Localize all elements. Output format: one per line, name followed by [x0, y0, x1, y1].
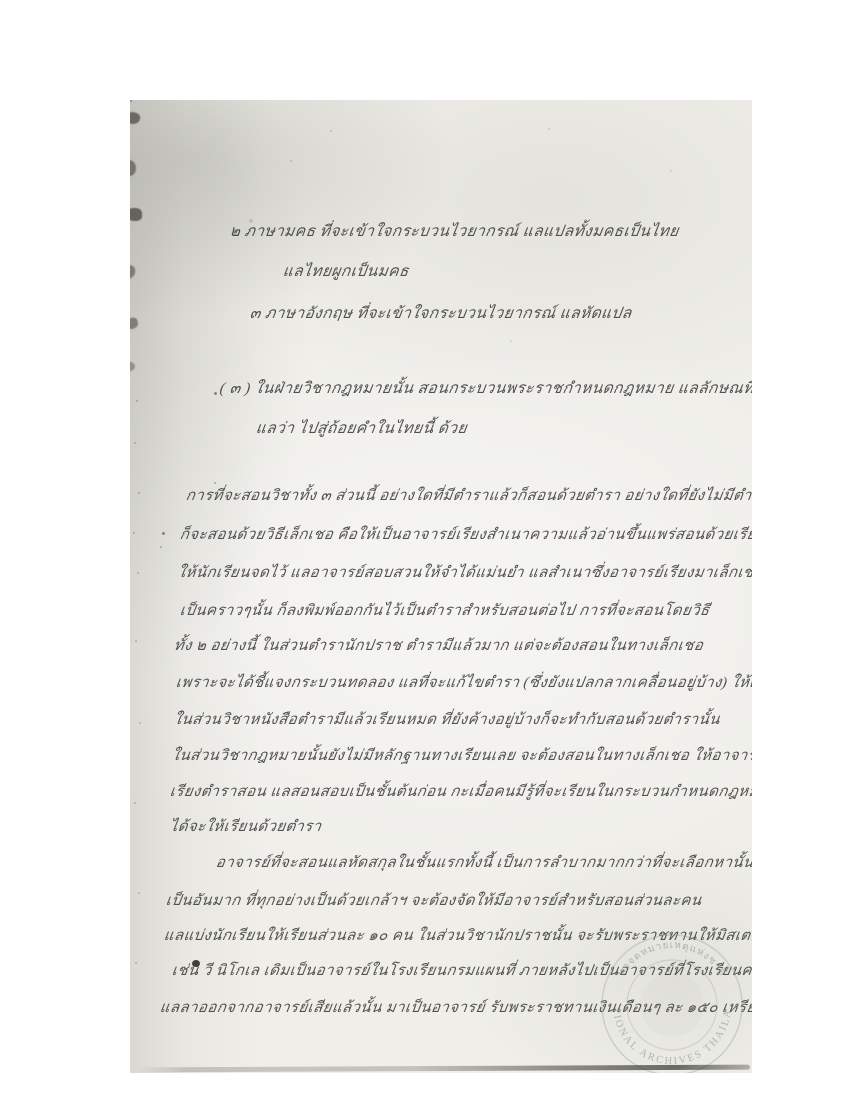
manuscript-line: การที่จะสอนวิชาทั้ง ๓ ส่วนนี้ อย่างใดที่…	[184, 483, 752, 507]
manuscript-line: เป็นคราวๆนั้น ก็ลงพิมพ์ออกกันไว้เป็นตำรา…	[178, 598, 711, 622]
torn-edge-blob	[130, 362, 135, 371]
torn-edge-blob	[130, 208, 142, 221]
manuscript-line: เป็นอันมาก ที่ทุกอย่างเป็นด้วยเกล้าฯ จะต…	[164, 888, 703, 912]
manuscript-line: แลไทยผูกเป็นมคธ	[281, 258, 411, 283]
manuscript-line: ก็จะสอนด้วยวิธีเล็กเชอ คือให้เป็นอาจารย์…	[178, 522, 752, 546]
stamp-center-blotch	[640, 973, 704, 1037]
manuscript-line: ในส่วนวิชาหนังสือตำรามีแล้วเรียนหมด ที่ย…	[172, 707, 721, 731]
torn-edge-blob	[130, 159, 137, 177]
manuscript-line: ( ๓ ) ในฝ่ายวิชากฎหมายนั้น สอนกระบวนพระร…	[218, 375, 752, 400]
manuscript-line: เพราะจะได้ชี้แจงกระบวนทดลอง แลที่จะแก้ไข…	[174, 670, 752, 694]
manuscript-line: ทั้ง ๒ อย่างนี้ ในส่วนตำรานักปราช ตำรามี…	[172, 633, 705, 657]
manuscript-line: เรียงตำราสอน แลสอนสอบเป็นชั้นต้นก่อน กะเ…	[168, 779, 752, 803]
ink-blot	[192, 960, 200, 967]
manuscript-line: ในส่วนวิชากฎหมายนั้นยังไม่มีหลักฐานทางเร…	[170, 743, 752, 767]
torn-edge-blob	[130, 110, 141, 125]
manuscript-line: ๒ ภาษามคธ ที่จะเข้าใจกระบวนไวยากรณ์ แลแป…	[228, 218, 680, 243]
manuscript-line: ๓ ภาษาอังกฤษ ที่จะเข้าใจกระบวนไวยากรณ์ แ…	[248, 300, 633, 325]
paper-speckles	[130, 100, 132, 102]
manuscript-line: แลว่า ไปสู่ถ้อยคำในไทยนี้ ด้วย	[254, 415, 469, 440]
scanned-document-canvas: ๒ ภาษามคธ ที่จะเข้าใจกระบวนไวยากรณ์ แลแป…	[0, 0, 849, 1100]
manuscript-line: ให้นักเรียนจดไว้ แลอาจารย์สอบสวนให้จำได้…	[176, 560, 752, 584]
torn-edge-blob	[130, 263, 137, 280]
ink-dot	[214, 392, 217, 395]
manuscript-page: ๒ ภาษามคธ ที่จะเข้าใจกระบวนไวยากรณ์ แลแป…	[130, 100, 752, 1073]
manuscript-line: ได้จะให้เรียนด้วยตำรา	[168, 814, 323, 838]
national-archives-stamp: หอจดหมายเหตุแห่งชาติ NATIONAL ARCHIVES T…	[585, 918, 752, 1073]
stamp-thai-arc-text: หอจดหมายเหตุแห่งชาติ	[616, 940, 729, 978]
torn-edge-blob	[130, 317, 139, 330]
manuscript-line: อาจารย์ที่จะสอนแลหัดสกุลในชั้นแรกทั้งนี้…	[214, 850, 752, 874]
ink-dot	[162, 532, 165, 535]
